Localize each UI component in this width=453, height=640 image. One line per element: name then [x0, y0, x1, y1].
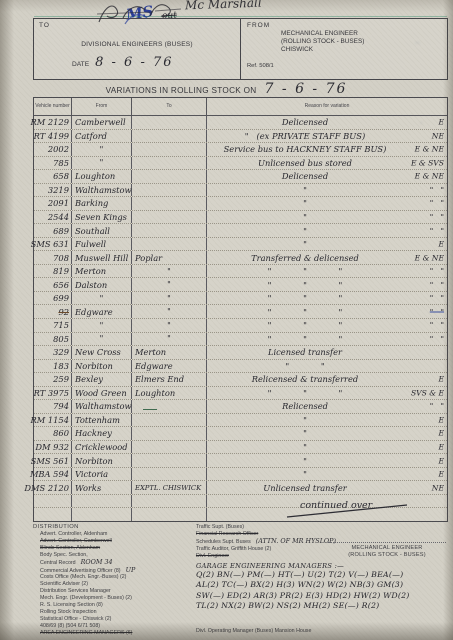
- from-cell: Muswell Hill: [72, 251, 132, 264]
- garage-managers-heading: GARAGE ENGINEERING MANAGERS :—: [196, 562, 366, 570]
- from-cell: Camberwell: [72, 116, 132, 129]
- reason-mark: " ": [430, 280, 444, 289]
- distribution-item-7: Scientific Adviser (2): [33, 581, 193, 588]
- vehicle-number-cell: [34, 508, 72, 521]
- reason-mark: " ": [430, 267, 444, 276]
- from-cell: Hackney: [72, 427, 132, 440]
- to-cell: [132, 508, 207, 521]
- title-date-handwritten: 7 - 6 - 76: [265, 81, 348, 97]
- date-line: DATE8 - 6 - 76: [72, 55, 174, 70]
- document-page: MS out Mc Marshall TO DIVISIONAL ENGINEE…: [0, 0, 453, 640]
- distribution-item-6: Costs Office (Mech. Engr.-Buses) (2): [33, 574, 193, 581]
- reason-mark: " ": [430, 185, 444, 194]
- reason-cell: "E: [207, 238, 447, 251]
- to-value: DIVISIONAL ENGINEERS (BUSES): [34, 41, 240, 48]
- distribution-item-13: 408/69 (8) (504 6/71 508): [33, 623, 193, 630]
- table-row: 699""" " "" ": [34, 292, 447, 306]
- from-cell: Merton: [72, 265, 132, 278]
- reason-cell: Unlicensed transferNE: [207, 481, 447, 494]
- reason-cell: Licensed transfer: [207, 346, 447, 359]
- distribution-item-1: Advert. Controller, Camberwell: [33, 538, 193, 545]
- to-cell: [132, 454, 207, 467]
- column-header-2: To: [132, 98, 207, 115]
- table-row: RM 2129CamberwellDelicensedE: [34, 116, 447, 130]
- to-cell: [132, 130, 207, 143]
- to-cell: ": [132, 333, 207, 346]
- table-row: RM 1154Tottenham"E: [34, 414, 447, 428]
- rolling-stock-table: Vehicle numberFromToReason for variation…: [33, 97, 448, 522]
- from-cell: Walthamstow: [72, 400, 132, 413]
- reason-mark: " ": [430, 334, 444, 343]
- vehicle-number-cell: 794: [34, 400, 72, 413]
- vehicle-number-cell: 658: [34, 170, 72, 183]
- from-cell: Cricklewood: [72, 441, 132, 454]
- signatory-title-1: MECHANICAL ENGINEER: [328, 545, 446, 552]
- to-cell: [132, 224, 207, 237]
- table-header-row: Vehicle numberFromToReason for variation: [34, 98, 447, 116]
- table-row: SMS 561Norbiton"E: [34, 454, 447, 468]
- reason-mark: NE: [432, 131, 444, 140]
- table-row: 805""" " "" ": [34, 333, 447, 347]
- to-cell: [132, 468, 207, 481]
- vehicle-number-cell: 2002: [34, 143, 72, 156]
- reason-cell: " " "" ": [207, 278, 447, 291]
- reason-mark: " ": [430, 226, 444, 235]
- vehicle-number-cell: 805: [34, 333, 72, 346]
- table-row: DMS 2120WorksEXPTL. CHISWICKUnlicensed t…: [34, 481, 447, 495]
- to-cell: Loughton: [132, 387, 207, 400]
- date-handwritten: 8 - 6 - 76: [95, 55, 173, 70]
- table-row: 2002"Service bus to HACKNEY STAFF BUS)E …: [34, 143, 447, 157]
- to-cell: [132, 170, 207, 183]
- memo-from-cell: FROM MECHANICAL ENGINEER (ROLLING STOCK …: [241, 19, 447, 79]
- to-cell: [132, 116, 207, 129]
- garage-codes-line-3: TL(2) NX(2) BW(2) NS(2) MH(2) SE(—) R(2): [196, 601, 366, 612]
- to-cell: [132, 238, 207, 251]
- to-cell: [132, 414, 207, 427]
- reason-text: Delicensed: [207, 171, 403, 181]
- reason-cell: " " "" ": [207, 265, 447, 278]
- reason-mark: " ": [430, 212, 444, 221]
- reason-cell: "E: [207, 427, 447, 440]
- vehicle-number-cell: SMS 561: [34, 454, 72, 467]
- from-cell: [72, 508, 132, 521]
- reason-cell: " ": [207, 360, 447, 373]
- reason-mark: SVS & E: [411, 388, 444, 397]
- distribution-item-14: AREA ENGINEERING MANAGERS (6): [33, 630, 193, 637]
- signatory-title-2: (ROLLING STOCK - BUSES): [328, 552, 446, 559]
- to-cell: [132, 197, 207, 210]
- reason-text: " " ": [207, 334, 403, 344]
- reason-text: Unlicensed bus stored: [207, 158, 403, 168]
- vehicle-number-cell: 860: [34, 427, 72, 440]
- from-cell: Works: [72, 481, 132, 494]
- to-cell: [132, 184, 207, 197]
- table-row: SMS 631Fulwell"E: [34, 238, 447, 252]
- from-cell: Wood Green: [72, 387, 132, 400]
- vehicle-number-cell: 183: [34, 360, 72, 373]
- table-row: 259BexleyElmers EndRelicensed & transfer…: [34, 373, 447, 387]
- reason-mark: E: [438, 118, 444, 127]
- from-line-1: MECHANICAL ENGINEER: [281, 30, 364, 38]
- reason-mark: E: [438, 429, 444, 438]
- reason-cell: "E: [207, 441, 447, 454]
- from-cell: ": [72, 333, 132, 346]
- from-cell: Dalston: [72, 278, 132, 291]
- column-header-0: Vehicle number: [34, 98, 72, 115]
- to-cell: ": [132, 292, 207, 305]
- from-cell: Southall: [72, 224, 132, 237]
- reason-cell: " " "" ": [207, 292, 447, 305]
- to-cell: [132, 441, 207, 454]
- reason-text: ": [207, 428, 403, 438]
- reason-mark: E: [438, 456, 444, 465]
- from-address: MECHANICAL ENGINEER (ROLLING STOCK - BUS…: [281, 30, 364, 54]
- from-cell: Tottenham: [72, 414, 132, 427]
- distribution-item-8: Distribution Services Manager: [33, 588, 193, 595]
- table-row: DM 932Cricklewood"E: [34, 441, 447, 455]
- vehicle-number-cell: 656: [34, 278, 72, 291]
- from-cell: Norbiton: [72, 360, 132, 373]
- reason-text: ": [207, 456, 403, 466]
- reason-mark: " ": [430, 402, 444, 411]
- vehicle-number-cell: 2091: [34, 197, 72, 210]
- vehicle-number-cell: RM 2129: [34, 116, 72, 129]
- reason-text: " " ": [207, 388, 403, 398]
- reason-mark: E & NE: [415, 172, 444, 181]
- reason-cell: "" ": [207, 184, 447, 197]
- signature-block: MECHANICAL ENGINEER (ROLLING STOCK - BUS…: [328, 542, 446, 559]
- from-cell: ": [72, 319, 132, 332]
- reason-cell: Relicensed" ": [207, 400, 447, 413]
- from-cell: Victoria: [72, 468, 132, 481]
- reason-cell: "E: [207, 468, 447, 481]
- vehicle-number-cell: DMS 2120: [34, 481, 72, 494]
- reason-mark: E: [438, 443, 444, 452]
- table-row: 708Muswell HillPoplarTransferred & delic…: [34, 251, 447, 265]
- reason-text: " ": [207, 361, 403, 371]
- distribution-item-annotation-4: ROOM 34: [81, 558, 113, 566]
- table-row: RT 4199Catford" (ex PRIVATE STAFF BUS)NE: [34, 130, 447, 144]
- from-cell: ": [72, 143, 132, 156]
- ink-scribble: [95, 0, 265, 26]
- reason-mark: E: [438, 375, 444, 384]
- to-cell: Elmers End: [132, 373, 207, 386]
- reason-mark: E: [438, 415, 444, 424]
- reason-text: ": [207, 415, 403, 425]
- reason-cell: "E: [207, 414, 447, 427]
- reason-mark: " ": [430, 199, 444, 208]
- vehicle-number-cell: RM 1154: [34, 414, 72, 427]
- distribution-item-12: Statistical Office - Chiswick (2): [33, 616, 193, 623]
- from-line-2: (ROLLING STOCK - BUSES): [281, 38, 364, 46]
- from-line-3: CHISWICK: [281, 46, 364, 54]
- vehicle-number-cell: 819: [34, 265, 72, 278]
- to-cell: ": [132, 305, 207, 318]
- title-printed: VARIATIONS IN ROLLING STOCK ON: [106, 86, 257, 95]
- vehicle-number-cell: 259: [34, 373, 72, 386]
- reason-text: Unlicensed transfer: [207, 483, 403, 493]
- reason-cell: " (ex PRIVATE STAFF BUS)NE: [207, 130, 447, 143]
- table-row: 658LoughtonDelicensedE & NE: [34, 170, 447, 184]
- to-cell: [132, 143, 207, 156]
- vehicle-number-cell: 689: [34, 224, 72, 237]
- reason-text: Delicensed: [207, 117, 403, 127]
- from-cell: New Cross: [72, 346, 132, 359]
- reason-text: ": [207, 198, 403, 208]
- distribution-item-4: Central RecordROOM 34: [33, 559, 193, 567]
- divl-operating-manager-line: Divl. Operating Manager (Buses) Mansion …: [196, 628, 311, 634]
- vehicle-number-cell: DM 932: [34, 441, 72, 454]
- to-cell: ": [132, 265, 207, 278]
- footer-middle-item-annotation-2: (ATTN. OF MR HYSLOP): [256, 537, 336, 545]
- reason-mark: " ": [430, 294, 444, 303]
- reason-mark: E & SVS: [411, 158, 444, 167]
- memo-header: TO DIVISIONAL ENGINEERS (BUSES) DATE8 - …: [33, 18, 448, 80]
- from-cell: ": [72, 292, 132, 305]
- table-row: 656Dalston"" " "" ": [34, 278, 447, 292]
- reason-cell: Unlicensed bus storedE & SVS: [207, 157, 447, 170]
- distribution-item-11: Rolling Stock Inspection: [33, 609, 193, 616]
- distribution-title: DISTRIBUTION: [33, 524, 193, 530]
- table-body: RM 2129CamberwellDelicensedERT 4199Catfo…: [34, 116, 447, 521]
- distribution-item-3: Body Spec. Section,: [33, 552, 193, 559]
- reason-text: Transferred & delicensed: [207, 253, 403, 263]
- distribution-item-annotation-5: UP: [126, 566, 136, 574]
- reason-cell: " " "SVS & E: [207, 387, 447, 400]
- memo-to-cell: TO DIVISIONAL ENGINEERS (BUSES) DATE8 - …: [34, 19, 241, 79]
- from-cell: Catford: [72, 130, 132, 143]
- to-cell: [132, 211, 207, 224]
- vehicle-number-cell: RT 4199: [34, 130, 72, 143]
- to-cell: Poplar: [132, 251, 207, 264]
- garage-codes-line-1: AL(2) TC(—) BX(2) H(3) WN(2) W(2) NB(3) …: [196, 580, 366, 591]
- vehicle-number-cell: MBA 594: [34, 468, 72, 481]
- vehicle-number-cell: RT 3975: [34, 387, 72, 400]
- distribution-item-2: Blinds Section, Aldenham: [33, 545, 193, 552]
- vehicle-number-cell: [34, 495, 72, 508]
- reason-mark: E & NE: [415, 253, 444, 262]
- to-cell: Edgware: [132, 360, 207, 373]
- reason-text: ": [207, 226, 403, 236]
- blank-underline-mark: [143, 402, 157, 410]
- reason-cell: Service bus to HACKNEY STAFF BUS)E & NE: [207, 143, 447, 156]
- vehicle-number-cell: 699: [34, 292, 72, 305]
- reason-mark: E & NE: [415, 145, 444, 154]
- from-cell: ": [72, 157, 132, 170]
- table-row: 819Merton"" " "" ": [34, 265, 447, 279]
- reason-text: ": [207, 239, 403, 249]
- from-cell: Loughton: [72, 170, 132, 183]
- garage-codes-line-0: Q(2) BN(—) PM(—) HT(—) U(2) T(2) V(—) BE…: [196, 570, 366, 581]
- reason-mark: E: [438, 470, 444, 479]
- distribution-item-5: Commercial Advertising Officer (8)UP: [33, 567, 193, 575]
- footer-middle-column: Traffic Supt. (Buses)Financial Research …: [196, 524, 366, 612]
- vehicle-number-cell: 715: [34, 319, 72, 332]
- table-row: 860Hackney"E: [34, 427, 447, 441]
- table-row: MBA 594Victoria"E: [34, 468, 447, 482]
- signature-dotted-line: [328, 542, 446, 543]
- date-label: DATE: [72, 61, 89, 68]
- vehicle-number-cell: 2544: [34, 211, 72, 224]
- reason-text: ": [207, 185, 403, 195]
- reason-text: Licensed transfer: [207, 347, 403, 357]
- vehicle-number-cell: 785: [34, 157, 72, 170]
- to-cell: ": [132, 319, 207, 332]
- form-title: VARIATIONS IN ROLLING STOCK ON7 - 6 - 76: [0, 80, 453, 98]
- reason-text: " " ": [207, 266, 403, 276]
- vehicle-number-cell: SMS 631: [34, 238, 72, 251]
- reason-cell: " " "" ": [207, 305, 447, 318]
- from-cell: Bexley: [72, 373, 132, 386]
- reason-cell: " " "" ": [207, 319, 447, 332]
- vehicle-number-cell: 708: [34, 251, 72, 264]
- from-cell: Walthamstow: [72, 184, 132, 197]
- reason-text: ": [207, 212, 403, 222]
- bleed-through-mark: ▪: [420, 120, 423, 127]
- to-cell: [132, 495, 207, 508]
- vehicle-number-cell: 329: [34, 346, 72, 359]
- reason-cell: "" ": [207, 224, 447, 237]
- from-cell: Barking: [72, 197, 132, 210]
- table-row: 689Southall"" ": [34, 224, 447, 238]
- reason-text: Relicensed: [207, 401, 403, 411]
- table-row: 2544Seven Kings"" ": [34, 211, 447, 225]
- reason-cell: DelicensedE & NE: [207, 170, 447, 183]
- table-row: 794WalthamstowRelicensed" ": [34, 400, 447, 414]
- reason-cell: " " "" ": [207, 333, 447, 346]
- vehicle-number-cell: 3219: [34, 184, 72, 197]
- distribution-item-10: R. S. Licensing Section (8): [33, 602, 193, 609]
- reason-text: ": [207, 442, 403, 452]
- reason-text: " " ": [207, 320, 403, 330]
- to-cell: ": [132, 278, 207, 291]
- reason-mark: " ": [430, 307, 444, 316]
- table-row: 715""" " "" ": [34, 319, 447, 333]
- reason-cell: DelicensedE: [207, 116, 447, 129]
- footer-middle-item-0: Traffic Supt. (Buses): [196, 524, 366, 531]
- reference-number: Ref. 508/1: [247, 63, 274, 69]
- to-cell: [132, 427, 207, 440]
- from-cell: Norbiton: [72, 454, 132, 467]
- reason-mark: NE: [432, 483, 444, 492]
- reason-text: " (ex PRIVATE STAFF BUS): [207, 131, 403, 141]
- reason-cell: "E: [207, 454, 447, 467]
- to-cell: Merton: [132, 346, 207, 359]
- reason-text: " " ": [207, 307, 403, 317]
- reason-cell: Relicensed & transferredE: [207, 373, 447, 386]
- reason-cell: "" ": [207, 211, 447, 224]
- table-row: 92Edgware"" " "" ": [34, 305, 447, 319]
- table-row: 329New CrossMertonLicensed transfer: [34, 346, 447, 360]
- reason-text: ": [207, 469, 403, 479]
- to-cell: [132, 157, 207, 170]
- distribution-item-0: Advert. Controller, Aldenham: [33, 531, 193, 538]
- to-cell: EXPTL. CHISWICK: [132, 481, 207, 494]
- table-row: 183NorbitonEdgware" ": [34, 360, 447, 374]
- continued-over-note: continued over: [300, 500, 372, 511]
- column-header-3: Reason for variation: [207, 98, 447, 115]
- reason-mark: E: [438, 240, 444, 249]
- from-cell: [72, 495, 132, 508]
- garage-codes-line-2: SW(—) ED(2) AR(3) PR(2) E(3) HD(2) HW(2)…: [196, 591, 366, 602]
- distribution-item-9: Mech. Engr. (Development - Buses) (2): [33, 595, 193, 602]
- table-row: 785"Unlicensed bus storedE & SVS: [34, 157, 447, 171]
- reason-text: Service bus to HACKNEY STAFF BUS): [207, 144, 403, 154]
- reason-text: " " ": [207, 293, 403, 303]
- vehicle-number-cell: 92: [34, 305, 72, 318]
- to-cell: [132, 400, 207, 413]
- column-header-1: From: [72, 98, 132, 115]
- reason-text: Relicensed & transferred: [207, 374, 403, 384]
- table-row: RT 3975Wood GreenLoughton" " "SVS & E: [34, 387, 447, 401]
- reason-mark: " ": [430, 321, 444, 330]
- from-cell: Edgware: [72, 305, 132, 318]
- table-row: 3219Walthamstow"" ": [34, 184, 447, 198]
- from-cell: Seven Kings: [72, 211, 132, 224]
- to-label: TO: [39, 22, 50, 29]
- reason-text: " " ": [207, 280, 403, 290]
- reason-cell: "" ": [207, 197, 447, 210]
- table-row: 2091Barking"" ": [34, 197, 447, 211]
- from-cell: Fulwell: [72, 238, 132, 251]
- bleed-through-mark: ▪▪: [415, 40, 420, 47]
- distribution-list: DISTRIBUTION Advert. Controller, Aldenha…: [33, 524, 193, 637]
- reason-cell: Transferred & delicensedE & NE: [207, 251, 447, 264]
